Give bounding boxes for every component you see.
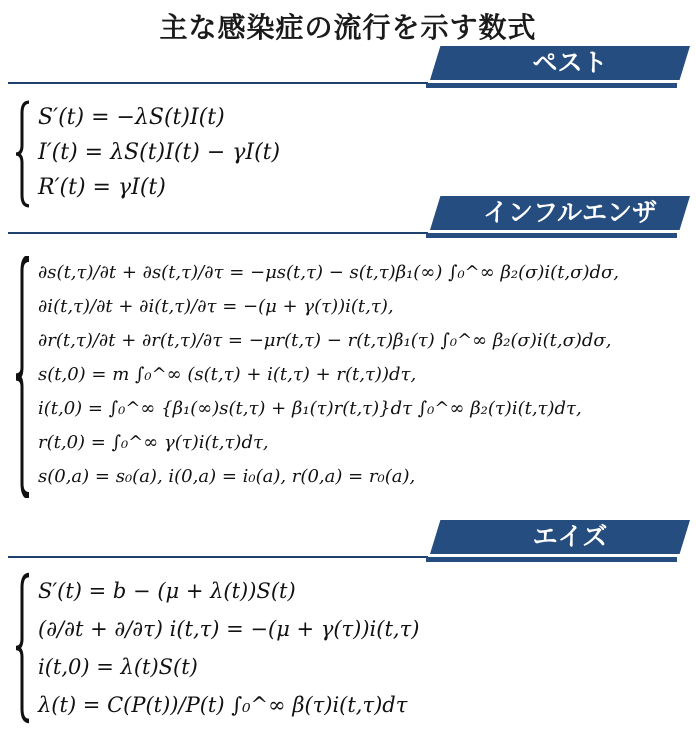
equation-block-pest: S′(t) = −λS(t)I(t) I′(t) = λS(t)I(t) − γ…	[14, 100, 280, 208]
banner-underbar	[426, 83, 677, 88]
section-header-aids: エイズ	[0, 520, 696, 564]
divider-rule	[8, 232, 428, 234]
banner-underbar	[426, 233, 677, 238]
section-banner: インフルエンザ	[430, 196, 690, 230]
section-header-influenza: インフルエンザ	[0, 196, 696, 240]
equation-line: ∂r(t,τ)/∂t + ∂r(t,τ)/∂τ = −μr(t,τ) − r(t…	[38, 324, 619, 358]
banner-underbar	[426, 557, 677, 562]
left-brace-icon	[14, 572, 32, 724]
equation-block-influenza: ∂s(t,τ)/∂t + ∂s(t,τ)/∂τ = −μs(t,τ) − s(t…	[14, 256, 619, 498]
equation-line: i(t,0) = λ(t)S(t)	[38, 648, 419, 686]
equation-line: s(t,0) = m ∫₀^∞ (s(t,τ) + i(t,τ) + r(t,τ…	[38, 358, 619, 392]
divider-rule	[8, 82, 428, 84]
equation-line: λ(t) = C(P(t))/P(t) ∫₀^∞ β(τ)i(t,τ)dτ	[38, 686, 419, 724]
divider-rule	[8, 556, 428, 558]
equation-line: S′(t) = b − (μ + λ(t))S(t)	[38, 572, 419, 610]
section-banner: ペスト	[430, 46, 690, 80]
equation-line: i(t,0) = ∫₀^∞ {β₁(∞)s(t,τ) + β₁(τ)r(t,τ)…	[38, 392, 619, 426]
left-brace-icon	[14, 256, 32, 498]
section-header-pest: ペスト	[0, 46, 696, 90]
equation-block-aids: S′(t) = b − (μ + λ(t))S(t) (∂/∂t + ∂/∂τ)…	[14, 572, 419, 724]
page-title: 主な感染症の流行を示す数式	[0, 6, 696, 46]
left-brace-icon	[14, 100, 32, 208]
equation-line: s(0,a) = s₀(a), i(0,a) = i₀(a), r(0,a) =…	[38, 460, 619, 494]
section-banner: エイズ	[430, 520, 690, 554]
equation-line: (∂/∂t + ∂/∂τ) i(t,τ) = −(μ + γ(τ))i(t,τ)	[38, 610, 419, 648]
equation-line: ∂s(t,τ)/∂t + ∂s(t,τ)/∂τ = −μs(t,τ) − s(t…	[38, 256, 619, 290]
equation-line: S′(t) = −λS(t)I(t)	[38, 100, 280, 135]
equation-line: r(t,0) = ∫₀^∞ γ(τ)i(t,τ)dτ,	[38, 426, 619, 460]
equation-line: I′(t) = λS(t)I(t) − γI(t)	[38, 135, 280, 170]
equation-line: ∂i(t,τ)/∂t + ∂i(t,τ)/∂τ = −(μ + γ(τ))i(t…	[38, 290, 619, 324]
